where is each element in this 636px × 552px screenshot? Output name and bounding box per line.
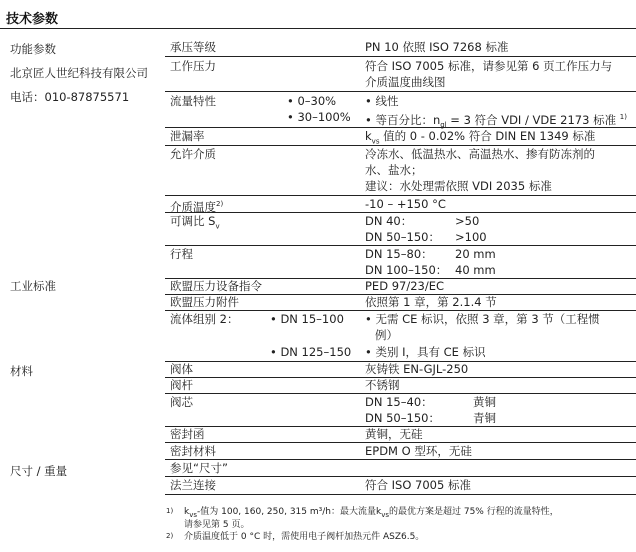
footnote-2-mark: 2): [166, 530, 173, 543]
fluid-group-value-1a: • 无需 CE 标识，依照 3 章，第 3 节（工程惯: [365, 311, 600, 327]
value-gland: 黄铜，无硅: [365, 426, 423, 442]
plug-material-1: 黄铜: [473, 394, 496, 410]
category-industry-standard: 工业标准: [10, 278, 56, 294]
row-divider: [165, 91, 636, 92]
label-valve-body: 阀体: [170, 361, 193, 377]
stroke-value-1: 20 mm: [455, 246, 496, 262]
footnote-1-mark: 1): [166, 505, 173, 518]
value-working-pressure-2: 介质温度曲线图: [365, 74, 446, 90]
label-media: 允许介质: [170, 146, 216, 162]
value-ped: PED 97/23/EC: [365, 278, 444, 294]
label-stroke: 行程: [170, 246, 193, 262]
label-plug: 阀芯: [170, 394, 193, 410]
label-flange: 法兰连接: [170, 477, 216, 493]
fluid-group-range-2: • DN 125–150: [270, 344, 351, 360]
label-ped: 欧盟压力设备指令: [170, 278, 262, 294]
value-valve-body: 灰铸铁 EN-GJL-250: [365, 361, 468, 377]
value-pressure-class: PN 10 依照 ISO 7268 标准: [365, 39, 508, 55]
rangeability-dn-2: DN 50–150：: [365, 229, 440, 245]
category-dimensions: 尺寸 / 重量: [10, 463, 67, 479]
stroke-value-2: 40 mm: [455, 262, 496, 278]
category-functional: 功能参数: [10, 41, 56, 57]
label-leakage: 泄漏率: [170, 128, 205, 144]
flow-range-2: • 30–100%: [287, 109, 351, 125]
value-flange: 符合 ISO 7005 标准: [365, 477, 471, 493]
stroke-dn-2: DN 100–150：: [365, 262, 447, 278]
flow-value-linear: • 线性: [365, 93, 398, 109]
label-seal: 密封材料: [170, 443, 216, 459]
label-gland: 密封函: [170, 426, 205, 442]
label-stem: 阀杆: [170, 377, 193, 393]
rangeability-value-2: >100: [455, 229, 487, 245]
category-materials: 材料: [10, 363, 33, 379]
label-see-dimensions: 参见“尺寸”: [170, 460, 228, 476]
plug-dn-1: DN 15–40：: [365, 394, 433, 410]
footnote-2-text: 介质温度低于 0 °C 时，需使用电子阀杆加热元件 ASZ6.5。: [184, 531, 424, 544]
rangeability-value-1: >50: [455, 213, 479, 229]
value-stem: 不锈钢: [365, 377, 400, 393]
value-media-temperature: -10 – +150 °C: [365, 196, 446, 212]
row-divider: [165, 459, 636, 460]
title-divider: [0, 28, 636, 29]
value-media-3: 建议：水处理需依照 VDI 2035 标准: [365, 178, 552, 194]
value-working-pressure-1: 符合 ISO 7005 标准，请参见第 6 页工作压力与: [365, 58, 612, 74]
row-divider: [165, 56, 636, 57]
row-divider: [165, 494, 636, 495]
label-rangeability: 可调比 Sv: [170, 213, 220, 234]
plug-material-2: 青铜: [473, 410, 496, 426]
value-seal: EPDM O 型环，无硅: [365, 443, 472, 459]
section-title: 技术参数: [6, 8, 58, 27]
label-pressure-class: 承压等级: [170, 39, 216, 55]
fluid-group-value-1b: 例）: [375, 327, 398, 343]
phone-number: 电话：010-87875571: [10, 89, 129, 105]
fluid-group-range-1: • DN 15–100: [270, 311, 344, 327]
label-pressure-accessories: 欧盟压力附件: [170, 294, 239, 310]
label-working-pressure: 工作压力: [170, 58, 216, 74]
label-flow-characteristic: 流量特性: [170, 93, 216, 109]
stroke-dn-1: DN 15–80：: [365, 246, 433, 262]
company-name: 北京匠人世纪科技有限公司: [10, 65, 148, 81]
value-media-2: 水、盐水；: [365, 162, 423, 178]
flow-range-1: • 0–30%: [287, 93, 336, 109]
value-media-1: 冷冻水、低温热水、高温热水、掺有防冻剂的: [365, 146, 595, 162]
rangeability-dn-1: DN 40：: [365, 213, 412, 229]
label-fluid-group: 流体组别 2：: [170, 311, 238, 327]
plug-dn-2: DN 50–150：: [365, 410, 440, 426]
value-pressure-accessories: 依照第 1 章，第 2.1.4 节: [365, 294, 497, 310]
fluid-group-value-2: • 类别 I，具有 CE 标识: [365, 344, 486, 360]
row-divider: [165, 377, 636, 378]
